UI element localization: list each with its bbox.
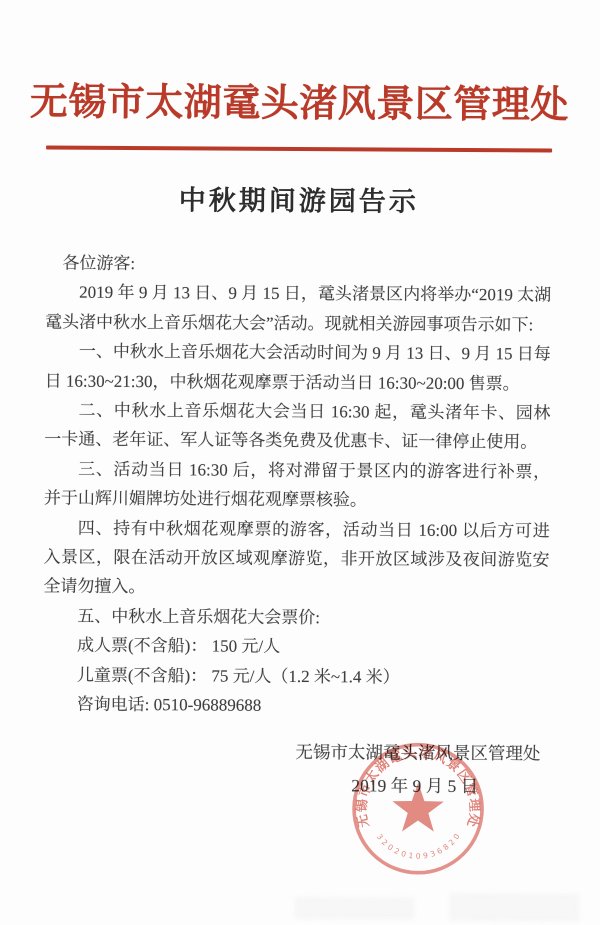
signature-block: 无锡市太湖鼋头渚风景区管理处 2019 年 9 月 5 日	[0, 734, 596, 804]
body-paragraph-item-3: 三、活动当日 16:30 后，将对滞留于景区内的游客进行补票，并于山辉川媚牌坊处…	[44, 454, 550, 516]
body-paragraph-item-2: 二、中秋水上音乐烟花大会当日 16:30 起，鼋头渚年卡、园林一卡通、老年证、军…	[44, 395, 550, 457]
price-line-child: 儿童票(不含船)： 75 元/人（1.2 米~1.4 米）	[43, 660, 549, 692]
seal-star-icon	[392, 783, 444, 832]
price-line-adult: 成人票(不含船)： 150 元/人	[43, 631, 549, 663]
seal-serial-number: 3202010936820	[375, 829, 464, 861]
signature-date: 2019 年 9 月 5 日	[0, 767, 595, 804]
letterhead-org-name: 无锡市太湖鼋头渚风景区管理处	[0, 70, 600, 129]
body-paragraph-intro: 2019 年 9 月 13 日、9 月 15 日，鼋头渚景区内将举办“2019 …	[45, 278, 551, 340]
scanned-notice-document: 无锡市太湖鼋头渚风景区管理处 中秋期间游园告示 各位游客: 2019 年 9 月…	[0, 0, 600, 925]
document-sheet: 无锡市太湖鼋头渚风景区管理处 中秋期间游园告示 各位游客: 2019 年 9 月…	[0, 0, 600, 925]
salutation: 各位游客:	[45, 248, 551, 280]
body-paragraph-item-1: 一、中秋水上音乐烟花大会活动时间为 9 月 13 日、9 月 15 日每日 16…	[45, 337, 551, 399]
body-paragraph-item-5: 五、中秋水上音乐烟花大会票价:	[43, 601, 549, 633]
body-paragraph-item-4: 四、持有中秋烟花观摩票的游客，活动当日 16:00 以后方可进入景区，限在活动开…	[43, 513, 550, 604]
notice-title: 中秋期间游园告示	[0, 177, 599, 220]
letterhead-red-rule	[46, 145, 552, 152]
notice-body: 各位游客: 2019 年 9 月 13 日、9 月 15 日，鼋头渚景区内将举办…	[43, 248, 552, 722]
official-seal: 无锡市太湖鼋头渚风景区管理处 3202010936820	[348, 738, 489, 879]
signature-org: 无锡市太湖鼋头渚风景区管理处	[0, 734, 596, 771]
scan-artifact-smudge	[294, 897, 414, 920]
scan-artifact-smudge	[449, 893, 579, 922]
phone-line: 咨询电话: 0510-96889688	[43, 690, 549, 722]
